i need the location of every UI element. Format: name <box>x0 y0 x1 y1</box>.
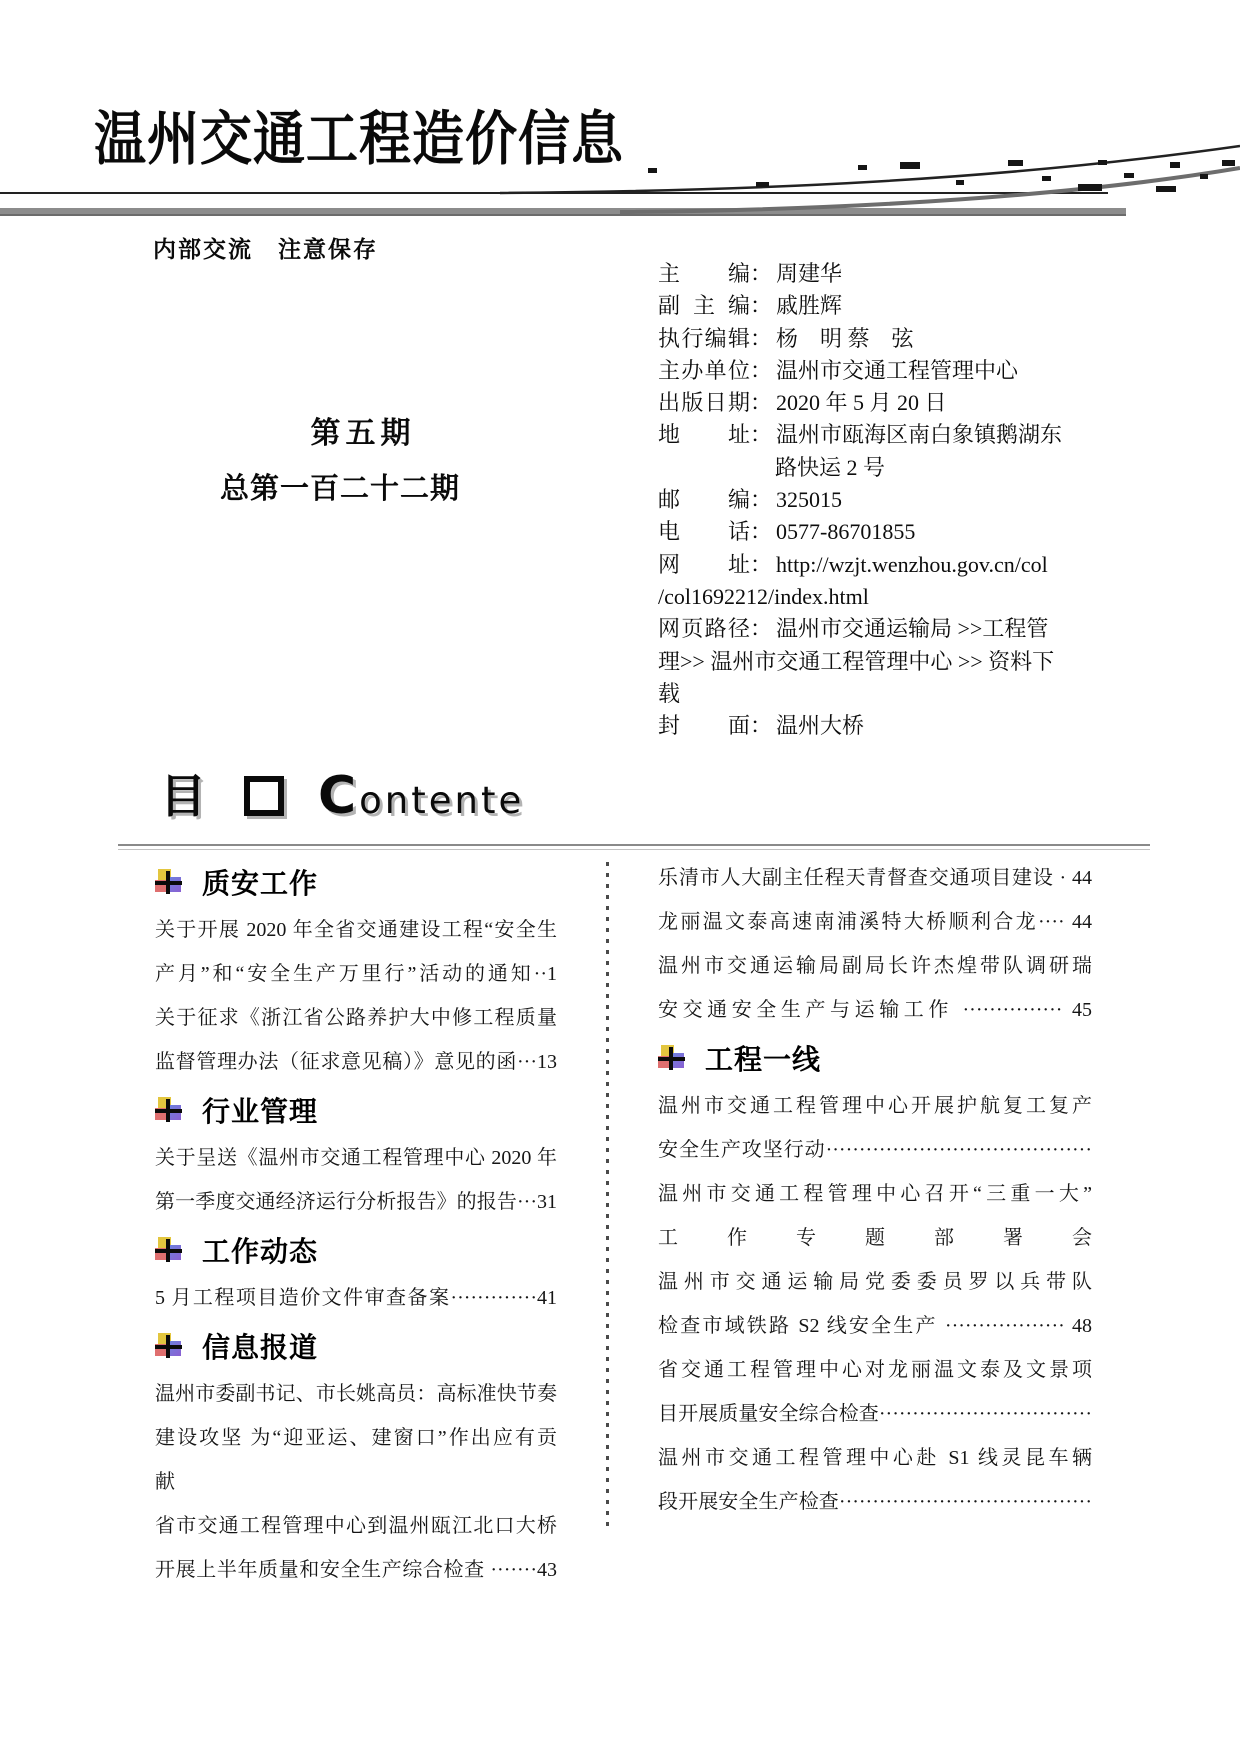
toc-entry-line: 建设攻坚 为“迎亚运、建窗口”作出应有贡 <box>155 1416 557 1460</box>
issue-number: 第五期 <box>213 408 513 452</box>
pub-line-address-cont: 路快运 2 号 <box>775 452 1128 484</box>
publication-info: 主编：周建华 副主编：戚胜辉 执行编辑：杨 明 蔡 弦 主办单位：温州市交通工程… <box>658 258 1128 742</box>
internal-notice: 内部交流 注意保存 <box>153 231 378 264</box>
pub-value: 温州市交通工程管理中心 <box>776 358 1018 383</box>
pub-value: 戚胜辉 <box>776 293 842 318</box>
pub-line-website-cont: /col1692212/index.html <box>658 581 1128 613</box>
toc-entry-line: 温州市交通工程管理中心赴 S1 线灵昆车辆 <box>658 1436 1092 1480</box>
pub-line-postcode: 邮编：325015 <box>658 484 1128 516</box>
magazine-cover-page: 温州交通工程造价信息 内部交流 注意保存 第五期 总第一百二十二期 主编：周建华 <box>0 0 1240 1754</box>
pub-line-address: 地址：温州市瓯海区南白象镇鹅湖东 <box>658 419 1128 451</box>
section-title: 质安工作 <box>202 862 318 902</box>
contents-english-cap: C <box>318 766 359 826</box>
section-title: 工程一线 <box>705 1038 821 1078</box>
pub-line-website: 网址：http://wzjt.wenzhou.gov.cn/col <box>658 549 1128 581</box>
pub-line-cover: 封面：温州大桥 <box>658 710 1128 742</box>
pub-line-phone: 电话：0577-86701855 <box>658 516 1128 548</box>
issue-total-number: 总第一百二十二期 <box>165 466 515 507</box>
pub-colon: ： <box>750 419 772 451</box>
pub-colon: ： <box>750 258 772 290</box>
section-title: 工作动态 <box>202 1230 318 1270</box>
toc-entry-line: 乐清市人大副主任程天青督查交通项目建设 · 44 <box>658 856 1092 900</box>
toc-entry-line: 目开展质量安全综合检查·····························… <box>658 1392 1092 1436</box>
toc-entry-line: 温州市交通工程管理中心召开“三重一大” <box>658 1172 1092 1216</box>
toc-entry-line: 开展上半年质量和安全生产综合检查 ·······43 <box>155 1548 557 1592</box>
toc-entry-line: 检查市域铁路 S2 线安全生产 ·················· 48 <box>658 1304 1092 1348</box>
toc-entry-line: 温州市交通运输局党委委员罗以兵带队 <box>658 1260 1092 1304</box>
section-title: 信息报道 <box>202 1326 318 1366</box>
toc-entry-line: 温州市交通运输局副局长许杰煌带队调研瑞 <box>658 944 1092 988</box>
toc-section-project-frontline: 工程一线 <box>658 1032 1092 1084</box>
pub-value: 0577-86701855 <box>776 519 915 544</box>
toc-section-work-trends: 工作动态 <box>155 1224 557 1276</box>
pub-label: 邮编 <box>658 484 750 516</box>
contents-divider-rule <box>118 844 1150 850</box>
pub-value: 温州大桥 <box>776 713 864 738</box>
pub-label: 副主编 <box>658 290 750 322</box>
toc-section-quality-safety: 质安工作 <box>155 856 557 908</box>
pub-label: 地址 <box>658 419 750 451</box>
pub-value: 温州市瓯海区南白象镇鹅湖东 <box>776 422 1062 447</box>
toc-entry-line: 献 ······································… <box>155 1460 557 1504</box>
pub-value: 杨 明 蔡 弦 <box>776 326 914 351</box>
header-rule-swoosh <box>0 140 1240 220</box>
pub-label: 执行编辑 <box>658 323 750 355</box>
pub-label: 封面 <box>658 710 750 742</box>
pub-value: 温州市交通运输局 >>工程管 <box>776 616 1048 641</box>
toc-entry-line: 关于征求《浙江省公路养护大中修工程质量 <box>155 996 557 1040</box>
pub-colon: ： <box>750 387 772 419</box>
pub-value: 2020 年 5 月 20 日 <box>776 390 947 415</box>
toc-section-industry-management: 行业管理 <box>155 1084 557 1136</box>
pub-value: 周建华 <box>776 261 842 286</box>
section-marker-icon <box>155 1097 182 1124</box>
pub-line-deputy-editor: 副主编：戚胜辉 <box>658 290 1128 322</box>
pub-colon: ： <box>750 710 772 742</box>
toc-right-column: 乐清市人大副主任程天青督查交通项目建设 · 44 龙丽温文泰高速南浦溪特大桥顺利… <box>658 856 1092 1524</box>
section-marker-icon <box>155 869 182 896</box>
section-marker-icon <box>658 1045 685 1072</box>
pub-line-chief-editor: 主编：周建华 <box>658 258 1128 290</box>
section-title: 行业管理 <box>202 1090 318 1130</box>
toc-left-column: 质安工作 关于开展 2020 年全省交通建设工程“安全生 产月”和“安全生产万里… <box>155 856 557 1592</box>
contents-mu-glyph: 目 <box>160 773 206 819</box>
pub-line-executive-editor: 执行编辑：杨 明 蔡 弦 <box>658 323 1128 355</box>
toc-entry-line: 温州市交通工程管理中心开展护航复工复产 <box>658 1084 1092 1128</box>
pub-colon: ： <box>750 613 772 645</box>
toc-entry-line: 关于呈送《温州市交通工程管理中心 2020 年 <box>155 1136 557 1180</box>
section-marker-icon <box>155 1237 182 1264</box>
toc-entry-line: 龙丽温文泰高速南浦溪特大桥顺利合龙···· 44 <box>658 900 1092 944</box>
contents-heading: 目 Contente <box>160 766 524 826</box>
pub-colon: ： <box>750 355 772 387</box>
pub-value: http://wzjt.wenzhou.gov.cn/col <box>776 552 1048 577</box>
pub-label: 主办单位 <box>658 355 750 387</box>
toc-entry-line: 工作专题部署会·································… <box>658 1216 1092 1260</box>
pub-line-webpath: 网页路径：温州市交通运输局 >>工程管 <box>658 613 1128 645</box>
pub-label: 电话 <box>658 516 750 548</box>
pub-colon: ： <box>750 323 772 355</box>
contents-box-glyph <box>244 776 284 816</box>
pub-line-webpath-cont1: 理>> 温州市交通工程管理中心 >> 资料下 <box>658 646 1128 678</box>
toc-entry-line: 安全生产攻坚行动································… <box>658 1128 1092 1172</box>
pub-line-organizer: 主办单位：温州市交通工程管理中心 <box>658 355 1128 387</box>
toc-entry-line: 产月”和“安全生产万里行”活动的通知··1 <box>155 952 557 996</box>
section-marker-icon <box>155 1333 182 1360</box>
pub-colon: ： <box>750 484 772 516</box>
pub-colon: ： <box>750 549 772 581</box>
toc-entry-line: 段开展安全生产检查·······························… <box>658 1480 1092 1524</box>
toc-entry-line: 安交通安全生产与运输工作 ··············· 45 <box>658 988 1092 1032</box>
pub-label: 主编 <box>658 258 750 290</box>
pub-line-publish-date: 出版日期：2020 年 5 月 20 日 <box>658 387 1128 419</box>
toc-section-info-reports: 信息报道 <box>155 1320 557 1372</box>
pub-line-webpath-cont2: 载 <box>658 678 1128 710</box>
toc-entry-line: 温州市委副书记、市长姚高员：高标准快节奏 <box>155 1372 557 1416</box>
pub-value: 325015 <box>776 487 842 512</box>
toc-entry-line: 省市交通工程管理中心到温州瓯江北口大桥 <box>155 1504 557 1548</box>
column-dotted-divider <box>606 862 609 1530</box>
toc-entry-line: 5 月工程项目造价文件审查备案·············41 <box>155 1276 557 1320</box>
contents-english-title: Contente <box>318 766 524 826</box>
pub-colon: ： <box>750 516 772 548</box>
toc-entry-line: 监督管理办法（征求意见稿）》意见的函···13 <box>155 1040 557 1084</box>
pub-colon: ： <box>750 290 772 322</box>
toc-entry-line: 省交通工程管理中心对龙丽温文泰及文景项 <box>658 1348 1092 1392</box>
toc-entry-line: 关于开展 2020 年全省交通建设工程“安全生 <box>155 908 557 952</box>
pub-label: 网址 <box>658 549 750 581</box>
toc-entry-line: 第一季度交通经济运行分析报告》的报告···31 <box>155 1180 557 1224</box>
pub-label: 出版日期 <box>658 387 750 419</box>
pub-label: 网页路径 <box>658 613 750 645</box>
contents-english-rest: ontente <box>359 779 524 822</box>
